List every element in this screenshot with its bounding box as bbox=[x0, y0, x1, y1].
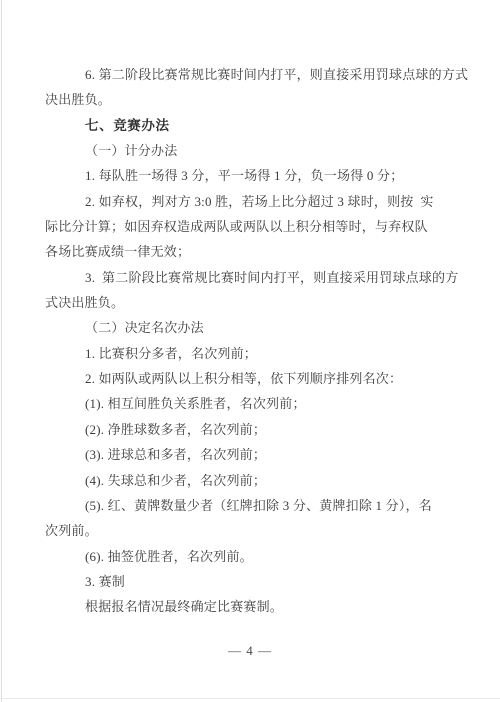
text-line: 3. 赛制 bbox=[45, 569, 457, 594]
text-line: (6). 抽签优胜者，名次列前。 bbox=[45, 544, 457, 569]
text-line: 2. 如弃权，判对方 3:0 胜，若场上比分超过 3 球时，则按 实 bbox=[45, 189, 457, 214]
text-line: 3. 第二阶段比赛常规比赛时间内打平，则直接采用罚球点球的方 bbox=[45, 265, 457, 290]
text-line: 各场比赛成绩一律无效； bbox=[45, 239, 457, 264]
section-heading-line: 七、竞赛办法 bbox=[45, 113, 457, 138]
page-number: — 4 — bbox=[0, 641, 500, 661]
text-line: 2. 如两队或两队以上积分相等，依下列顺序排列名次： bbox=[45, 366, 457, 391]
text-line: 6. 第二阶段比赛常规比赛时间内打平，则直接采用罚球点球的方式 bbox=[45, 62, 457, 87]
text-line: (4). 失球总和少者，名次列前； bbox=[45, 468, 457, 493]
text-line: （一）计分办法 bbox=[45, 138, 457, 163]
text-line: 1. 每队胜一场得 3 分，平一场得 1 分，负一场得 0 分； bbox=[45, 163, 457, 188]
document-body: 6. 第二阶段比赛常规比赛时间内打平，则直接采用罚球点球的方式决出胜负。七、竞赛… bbox=[45, 62, 457, 620]
document-page: 6. 第二阶段比赛常规比赛时间内打平，则直接采用罚球点球的方式决出胜负。七、竞赛… bbox=[0, 0, 500, 702]
text-line: 1. 比赛积分多者，名次列前； bbox=[45, 341, 457, 366]
text-line: 际比分计算；如因弃权造成两队或两队以上积分相等时，与弃权队 bbox=[45, 214, 457, 239]
text-line: （二）决定名次办法 bbox=[45, 315, 457, 340]
text-line: 次列前。 bbox=[45, 518, 457, 543]
text-line: (1). 相互间胜负关系胜者，名次列前； bbox=[45, 391, 457, 416]
text-line: (3). 进球总和多者，名次列前； bbox=[45, 442, 457, 467]
text-line: (2). 净胜球数多者，名次列前； bbox=[45, 417, 457, 442]
text-line: 式决出胜负。 bbox=[45, 290, 457, 315]
page-left-scan-edge bbox=[1, 0, 2, 702]
text-line: 根据报名情况最终确定比赛赛制。 bbox=[45, 594, 457, 619]
page-bottom-scan-edge bbox=[0, 698, 500, 699]
text-line: (5). 红、黄牌数量少者（红牌扣除 3 分、黄牌扣除 1 分），名 bbox=[45, 493, 457, 518]
text-line: 决出胜负。 bbox=[45, 87, 457, 112]
